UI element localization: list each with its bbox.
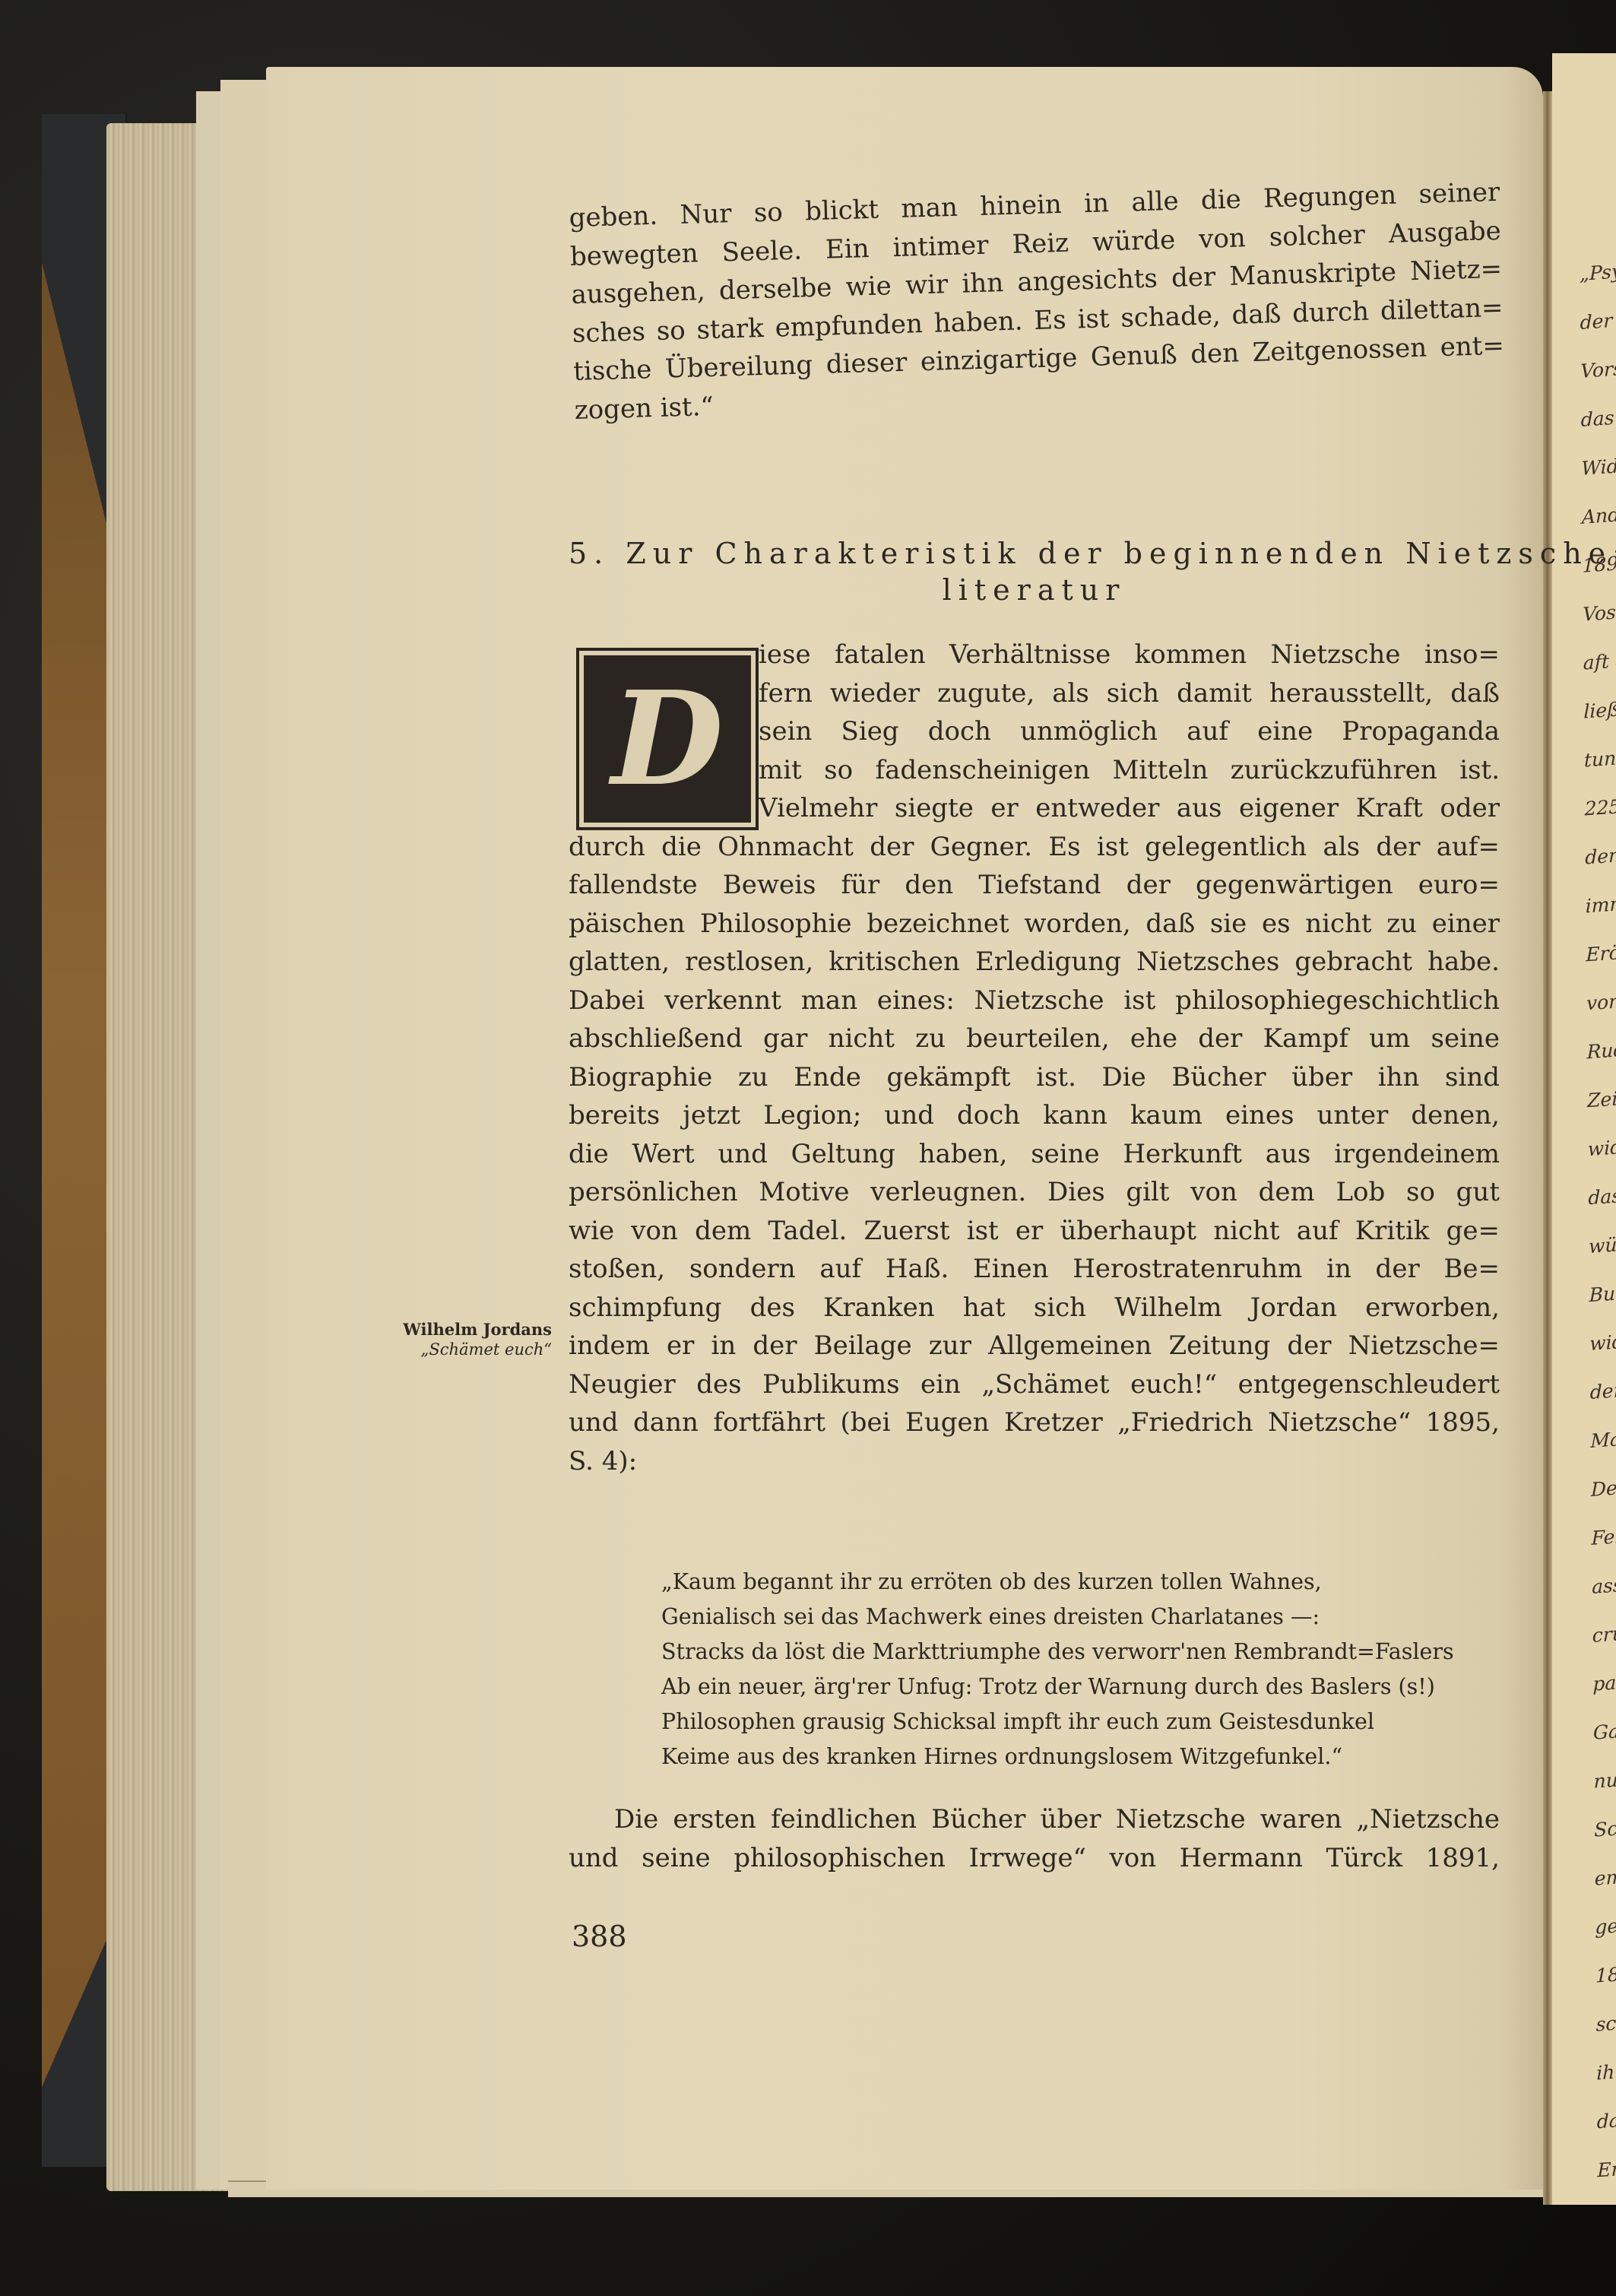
text-line: indem er in der Beilage zur Allgemeinen … (569, 1327, 1500, 1365)
right-page-fragment: Ende (1597, 2149, 1616, 2190)
final-paragraph: Die ersten feindlichen Bücher über Nietz… (569, 1800, 1500, 1877)
body-paragraph: iese fatalen Verhältnisse kommen Nietzsc… (569, 636, 1500, 1480)
text-line: Biographie zu Ende gekämpft ist. Die Büc… (569, 1058, 1500, 1097)
right-page-text-fragments: „Psychder FrVorstoßdas ScWidmaAndrea1894… (1580, 53, 1616, 59)
text-line: fallendste Beweis für den Tiefstand der … (569, 866, 1500, 905)
poem-line: Ab ein neuer, ärg'rer Unfug: Trotz der W… (661, 1670, 1494, 1705)
right-page-fragment: Machw (1590, 1419, 1616, 1460)
right-page-fragment: Andrea (1582, 494, 1616, 535)
right-page-fragment: aft an (1583, 642, 1616, 682)
text-line: iese fatalen Verhältnisse kommen Nietzsc… (569, 636, 1500, 674)
right-page-fragment: empfu (1595, 1857, 1616, 1898)
right-page-fragment: ließ sta (1583, 689, 1616, 731)
text-line: mit so fadenscheinigen Mitteln zurückzuf… (569, 751, 1500, 790)
book-gutter (1543, 91, 1552, 2205)
right-page-fragment: das Sc (1581, 398, 1616, 439)
text-line: bereits jetzt Legion; und doch kann kaum… (569, 1096, 1500, 1135)
text-line: wie von dem Tadel. Zuerst ist er überhau… (569, 1212, 1500, 1251)
margin-note-line-1: Wilhelm Jordans (395, 1319, 552, 1340)
right-page-fragment: 225 ff. „ (1585, 785, 1616, 827)
text-line: Die ersten feindlichen Bücher über Nietz… (569, 1800, 1500, 1839)
right-page-fragment: par un (1592, 1662, 1616, 1703)
section-heading-line-2: literatur (569, 575, 1500, 617)
text-line: persönlichen Motive verleugnen. Dies gil… (569, 1173, 1500, 1212)
right-page-fragment: Vorstoß (1580, 348, 1616, 390)
margin-note: Wilhelm Jordans „Schämet euch“ (395, 1319, 552, 1360)
poem-line: Philosophen grausig Schicksal impft ihr … (661, 1705, 1494, 1739)
text-line: Neugier des Publikums ein „Schämet euch!… (569, 1365, 1500, 1404)
text-line: glatten, restlosen, kritischen Erledigun… (569, 943, 1500, 982)
poem-line: Keime aus des kranken Hirnes ordnungslos… (661, 1739, 1494, 1774)
right-page-fragment: würde (1589, 1225, 1616, 1266)
section-heading-line-1: 5. Zur Charakteristik der beginnenden Ni… (569, 532, 1500, 575)
text-line: stoßen, sondern auf Haß. Einen Herostrat… (569, 1250, 1500, 1289)
text-line: durch die Ohnmacht der Gegner. Es ist ge… (569, 828, 1500, 867)
right-page-fragment: dem ih (1585, 835, 1616, 876)
right-page-fragment: schütte (1596, 2002, 1616, 2044)
text-line: Dabei verkennt man eines: Nietzsche ist … (569, 982, 1500, 1020)
right-page-fragment: cruelle (1592, 1613, 1616, 1654)
margin-note-line-2: „Schämet euch“ (395, 1340, 552, 1360)
right-page-fragment: Buch v (1589, 1273, 1616, 1314)
right-page-fragment: assez (1592, 1565, 1616, 1606)
right-page-fragment: gen (v (1595, 1905, 1616, 1946)
text-line: und dann fortfährt (bei Eugen Kretzer „F… (569, 1403, 1500, 1442)
right-page-fragment: vorange (1586, 980, 1616, 1022)
text-line: schimpfung des Kranken hat sich Wilhelm … (569, 1289, 1500, 1327)
right-page-fragment: der Fr (1580, 300, 1616, 341)
page-stack-leaf (220, 80, 268, 2190)
right-page-fragment: widerla (1588, 1127, 1616, 1169)
right-page-fragment: Zeit“ 18 (1587, 1077, 1616, 1119)
right-page-fragment: das Fra (1588, 1175, 1616, 1216)
text-line: sein Sieg doch unmöglich auf eine Propag… (569, 712, 1500, 751)
right-page-fragment: Erörter (1586, 932, 1616, 974)
right-page-fragment: Widma (1581, 446, 1616, 487)
top-paragraph: geben. Nur so blickt man hinein in alle … (569, 173, 1506, 430)
book-cover-leather-corner (42, 262, 114, 2087)
text-line: Vielmehr siegte er entweder aus eigener … (569, 789, 1500, 828)
right-page-fragment: Rudolf (1587, 1030, 1616, 1071)
text-line: die Wert und Geltung haben, seine Herkun… (569, 1135, 1500, 1174)
right-page-fragment: tung hi (1584, 737, 1616, 779)
right-page-fragment: immerhi (1586, 883, 1616, 924)
text-line: fern wieder zugute, als sich damit herau… (569, 674, 1500, 713)
right-page-fragment: Februa (1592, 1516, 1616, 1557)
right-page-fragment: Gatte (1593, 1711, 1616, 1752)
bleed-through-text (414, 897, 566, 915)
right-page-fragment: ihr p (1596, 2052, 1616, 2091)
poem-quotation: „Kaum begannt ihr zu erröten ob des kurz… (661, 1565, 1494, 1774)
right-page-fragment: widerw (1589, 1321, 1616, 1363)
right-page-fragment: 1895, (1595, 1955, 1616, 1995)
right-page-fragment: der aus (1590, 1369, 1616, 1411)
page-number: 388 (572, 1920, 627, 1953)
poem-line: Stracks da löst die Markttriumphe des ve… (661, 1635, 1494, 1670)
text-line: abschließend gar nicht zu beurteilen, eh… (569, 1020, 1500, 1058)
book-page-right-partial: „Psychder FrVorstoßdas ScWidmaAndrea1894… (1552, 53, 1616, 2205)
poem-line: Genialisch sei das Machwerk eines dreist… (661, 1600, 1494, 1635)
text-line: und seine philosophischen Irrwege“ von H… (569, 1839, 1500, 1878)
right-page-fragment: nur zu (1594, 1759, 1616, 1800)
text-line: päischen Philosophie bezeichnet worden, … (569, 905, 1500, 943)
right-page-fragment: Den sp (1591, 1467, 1616, 1508)
right-page-fragment: Vossisch (1583, 591, 1616, 633)
right-page-fragment: „Psych (1580, 252, 1616, 293)
text-line: S. 4): (569, 1442, 1500, 1481)
section-heading: 5. Zur Charakteristik der beginnenden Ni… (569, 532, 1500, 617)
right-page-fragment: Schon (1594, 1808, 1616, 1848)
right-page-fragment: dauer (1597, 2100, 1616, 2140)
poem-line: „Kaum begannt ihr zu erröten ob des kurz… (661, 1565, 1494, 1600)
